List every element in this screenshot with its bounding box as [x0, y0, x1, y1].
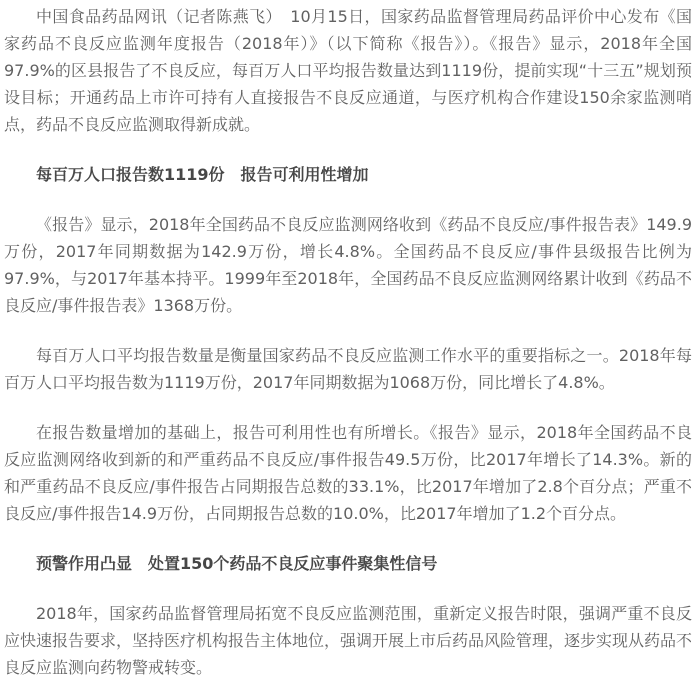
article-body: 中国食品药品网讯（记者陈燕飞） 10月15日，国家药品监督管理局药品评价中心发布… — [0, 0, 697, 681]
paragraph-report-usability: 在报告数量增加的基础上，报告可利用性也有所增长。《报告》显示，2018年全国药品… — [4, 419, 692, 527]
intro-paragraph: 中国食品药品网讯（记者陈燕飞） 10月15日，国家药品监督管理局药品评价中心发布… — [4, 3, 692, 138]
paragraph-per-million-indicator: 每百万人口平均报告数量是衡量国家药品不良反应监测工作水平的重要指标之一。2018… — [4, 342, 692, 396]
section-heading-report-count: 每百万人口报告数1119份 报告可利用性增加 — [4, 161, 692, 188]
section-heading-early-warning: 预警作用凸显 处置150个药品不良反应事件聚集性信号 — [4, 550, 692, 577]
paragraph-monitoring-scope: 2018年，国家药品监督管理局拓宽不良反应监测范围，重新定义报告时限，强调严重不… — [4, 600, 692, 681]
paragraph-report-network: 《报告》显示，2018年全国药品不良反应监测网络收到《药品不良反应/事件报告表》… — [4, 211, 692, 319]
